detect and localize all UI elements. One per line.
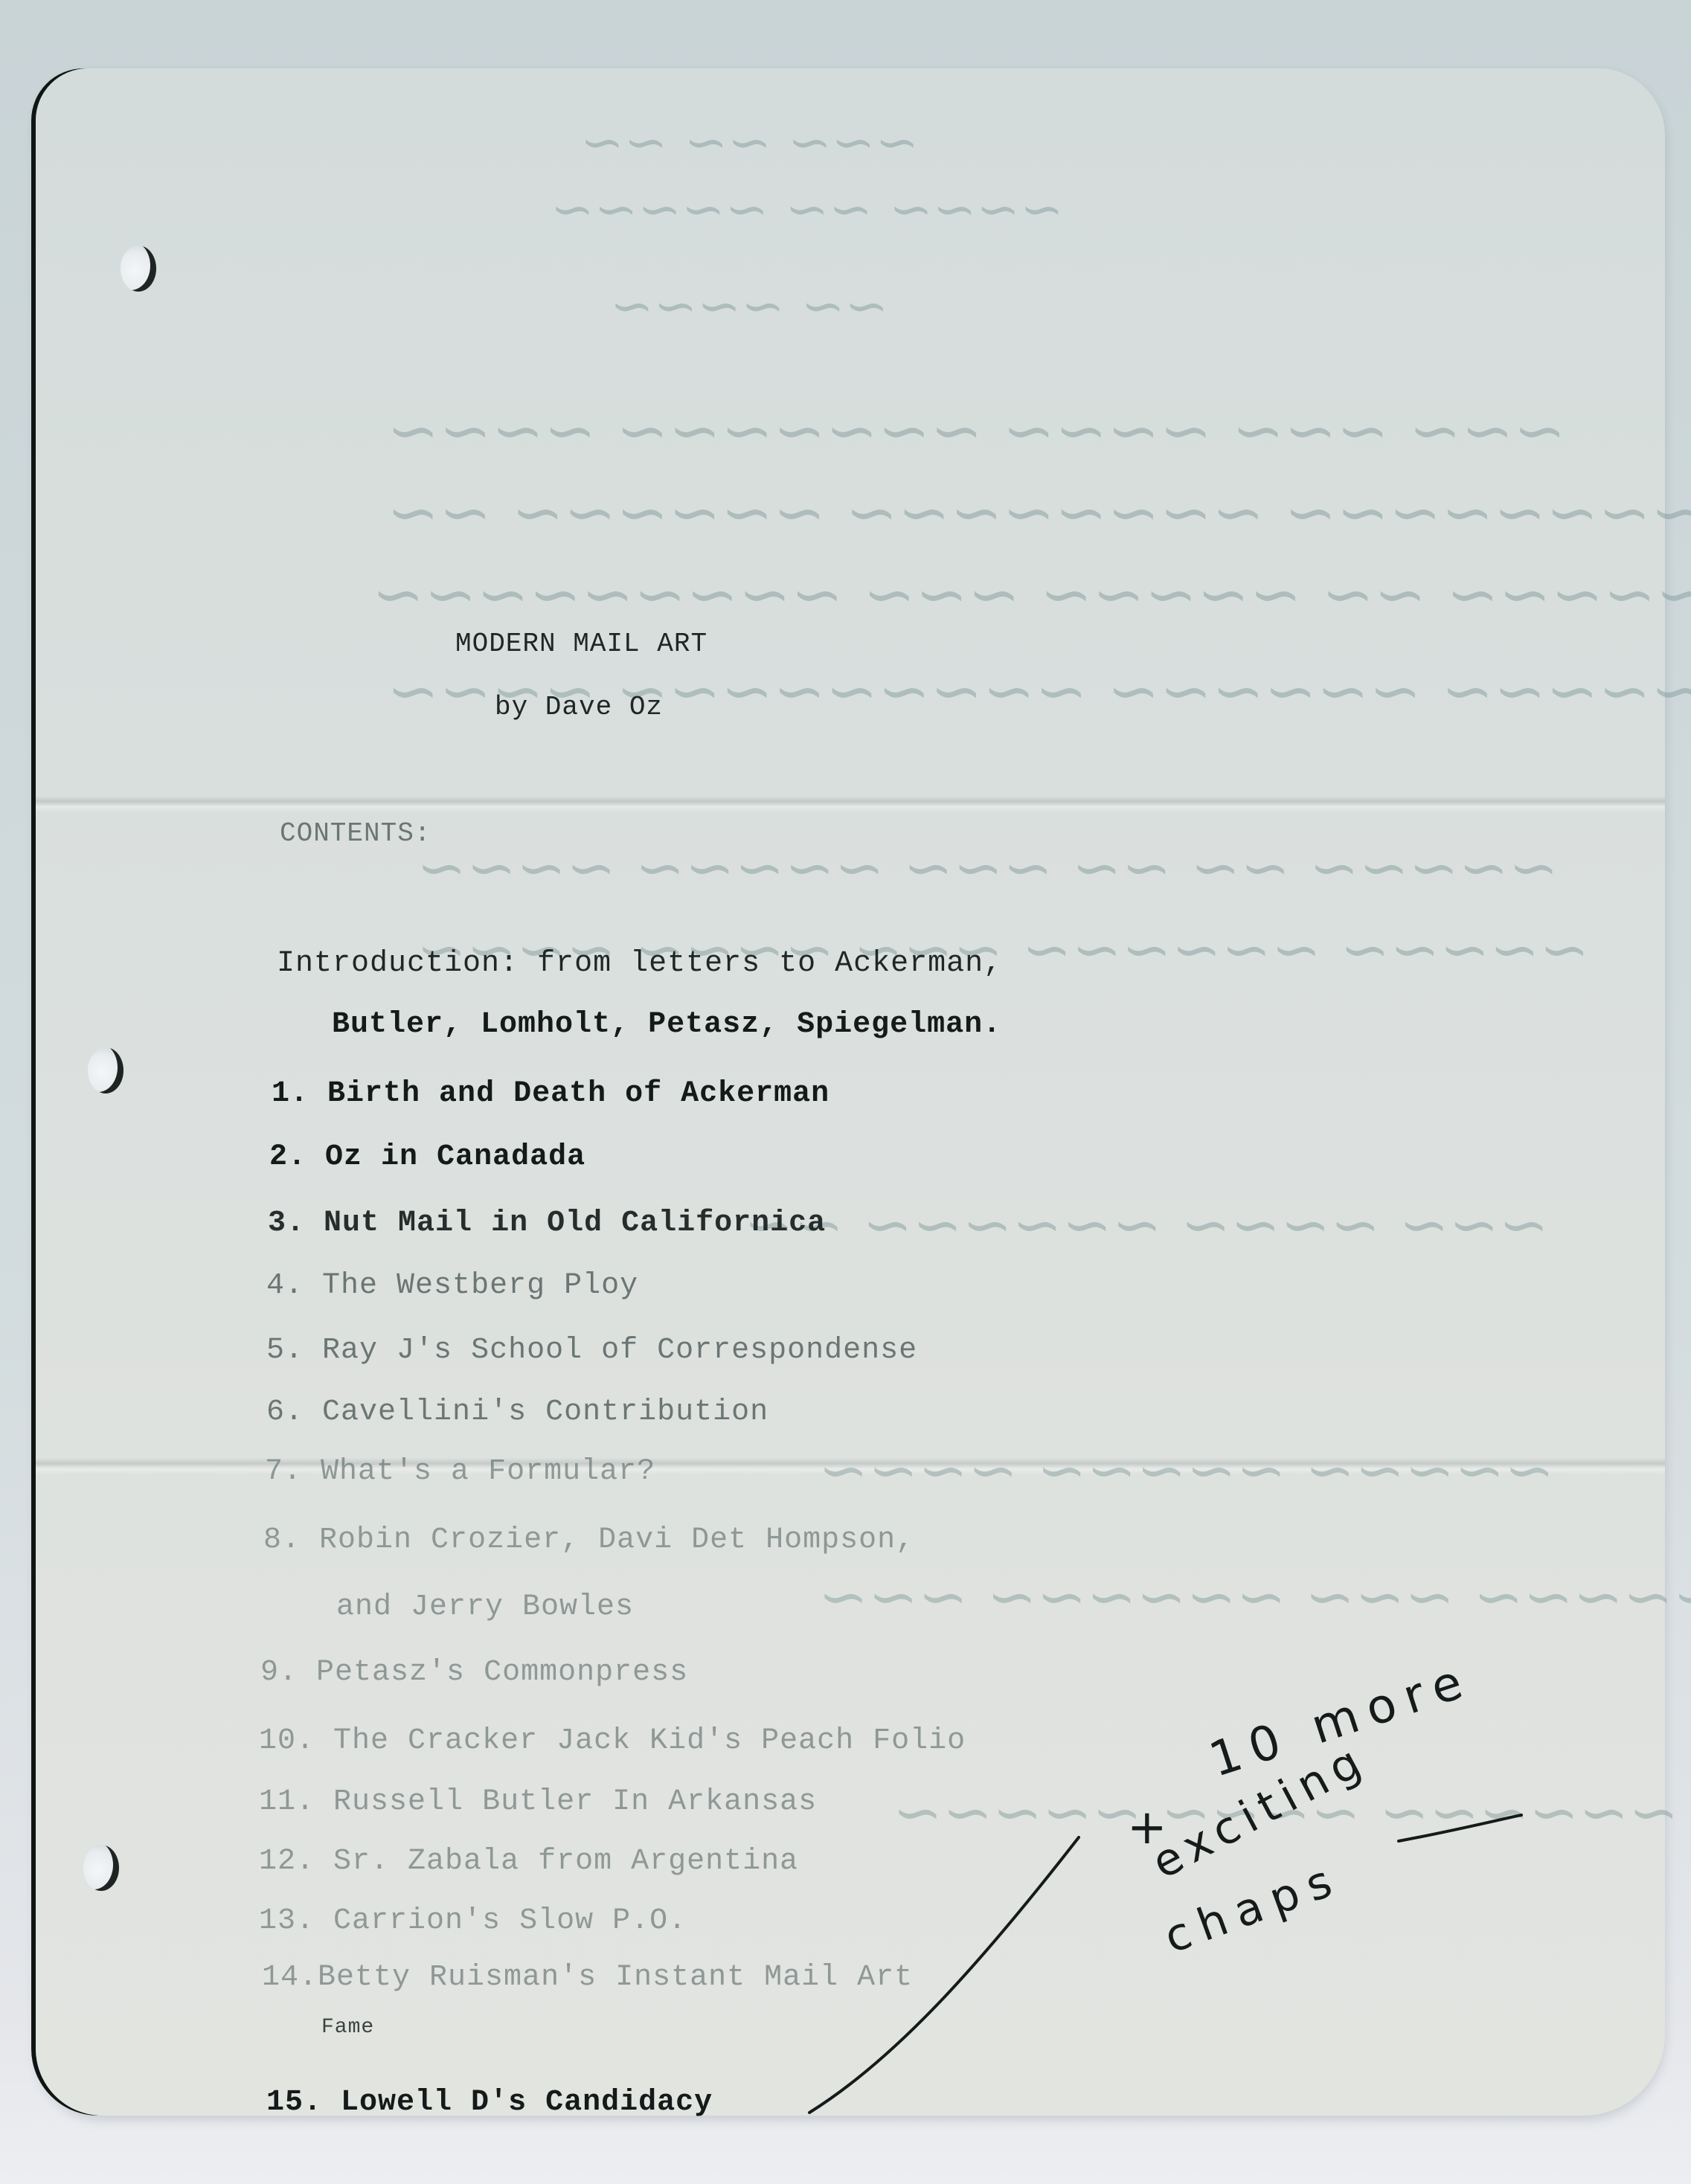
handwritten-bracket-line xyxy=(0,0,1691,2184)
